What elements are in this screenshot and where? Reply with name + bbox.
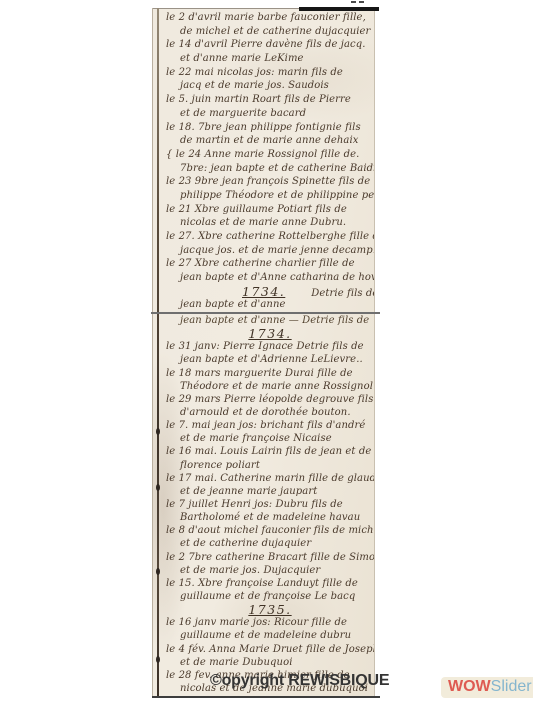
register-line: Théodore et de marie anne Rossignol — [166, 380, 374, 393]
copyright-watermark: ©opyright REWISBIQUE — [210, 672, 389, 690]
register-line: le 27 Xbre catherine charlier fille de — [166, 257, 374, 271]
register-line: le 2 d'avril marie barbe fauconier fille… — [166, 11, 374, 25]
register-line-clipped: jean bapte et d'anne — [166, 298, 374, 312]
register-line: le 8 d'aout michel fauconier fils de mic… — [166, 524, 374, 537]
year-header-1734-top: 1734.Detrie fils de — [166, 285, 374, 299]
register-line: le 5. juin martin Roart fils de Pierre — [166, 93, 374, 107]
register-line: jacque jos. et de marie jenne decamp. — [166, 244, 374, 258]
register-line: le 16 mai. Louis Lairin fils de jean et … — [166, 445, 374, 458]
register-line: le 2 7bre catherine Bracart fille de Sim… — [166, 551, 374, 564]
register-line: et de marie Dubuquoi — [166, 656, 374, 669]
register-line: 7bre: jean bapte et de catherine Baidigo… — [166, 162, 374, 176]
register-scan-page[interactable]: le 2 d'avril marie barbe fauconier fille… — [152, 8, 375, 697]
register-line: jean bapte et d'Anne catharina de hovy — [166, 271, 374, 285]
register-line: le 21 Xbre guillaume Potiart fils de — [166, 203, 374, 217]
register-line: nicolas et de marie anne Dubru. — [166, 216, 374, 230]
register-line: et de marie jos. Dujacquier — [166, 564, 374, 577]
register-line: philippe Théodore et de philippine pelor… — [166, 189, 374, 203]
register-line: et de catherine dujaquier — [166, 537, 374, 550]
register-line: jacq et de marie jos. Saudois — [166, 79, 374, 93]
register-line: florence poliart — [166, 459, 374, 472]
page-bottom-edge — [152, 696, 380, 698]
scan-bottom-section: jean bapte et d'anne — Detrie fils de 17… — [153, 314, 374, 696]
scan-top-section: le 2 d'avril marie barbe fauconier fille… — [153, 11, 374, 312]
register-line: le 18. 7bre jean philippe fontignie fils — [166, 121, 374, 135]
register-line: le 18 mars marguerite Durai fille de — [166, 367, 374, 380]
register-line: de martin et de marie anne dehaix — [166, 134, 374, 148]
register-line: { le 24 Anne marie Rossignol fille de. — [166, 148, 374, 162]
wowslider-badge[interactable]: WOWSlider — [441, 677, 533, 698]
year-header-1735: 1735. — [166, 603, 374, 616]
register-line: et de marguerite bacard — [166, 107, 374, 121]
register-line: le 17 mai. Catherine marin fille de glau… — [166, 472, 374, 485]
register-line: guillaume et de madeleine dubru — [166, 629, 374, 642]
register-line: jean bapte et d'Adrienne LeLievre.. — [166, 353, 374, 366]
register-line: le 15. Xbre françoise Landuyt fille de — [166, 577, 374, 590]
slider-viewport: le 2 d'avril marie barbe fauconier fille… — [0, 0, 533, 711]
register-line: le 16 janv marie jos: Ricour fille de — [166, 616, 374, 629]
year-text: 1735. — [248, 603, 291, 616]
register-line: le 31 janv: Pierre Ignace Detrie fils de — [166, 340, 374, 353]
corner-marks — [351, 1, 356, 3]
register-line: Bartholomé et de madeleine havau — [166, 511, 374, 524]
wowslider-badge-wow-text: WOW — [448, 678, 491, 695]
register-line: le 4 fév. Anna Marie Druet fille de Jose… — [166, 643, 374, 656]
register-line: le 23 9bre jean françois Spinette fils d… — [166, 175, 374, 189]
register-line: et de marie françoise Nicaise — [166, 432, 374, 445]
register-line: le 27. Xbre catherine Rottelberghe fille… — [166, 230, 374, 244]
year-text: 1734. — [242, 285, 285, 299]
register-line: le 7 juillet Henri jos: Dubru fils de — [166, 498, 374, 511]
register-line: le 29 mars Pierre léopolde degrouve fils — [166, 393, 374, 406]
register-line: de michel et de catherine dujacquier — [166, 25, 374, 39]
register-line: le 14 d'avril Pierre davène fils de jacq… — [166, 38, 374, 52]
overlap-fragment: Detrie fils de — [311, 288, 374, 299]
register-line: d'arnould et de dorothée bouton. — [166, 406, 374, 419]
year-text: 1734. — [248, 327, 291, 340]
register-line: le 22 mai nicolas jos: marin fils de — [166, 66, 374, 80]
register-line: et de jeanne marie jaupart — [166, 485, 374, 498]
wowslider-badge-slider-text: Slider — [491, 678, 532, 695]
register-line: et d'anne marie LeKime — [166, 52, 374, 66]
year-header-1734: 1734. — [166, 327, 374, 340]
register-line: le 7. mai jean jos: brichant fils d'andr… — [166, 419, 374, 432]
